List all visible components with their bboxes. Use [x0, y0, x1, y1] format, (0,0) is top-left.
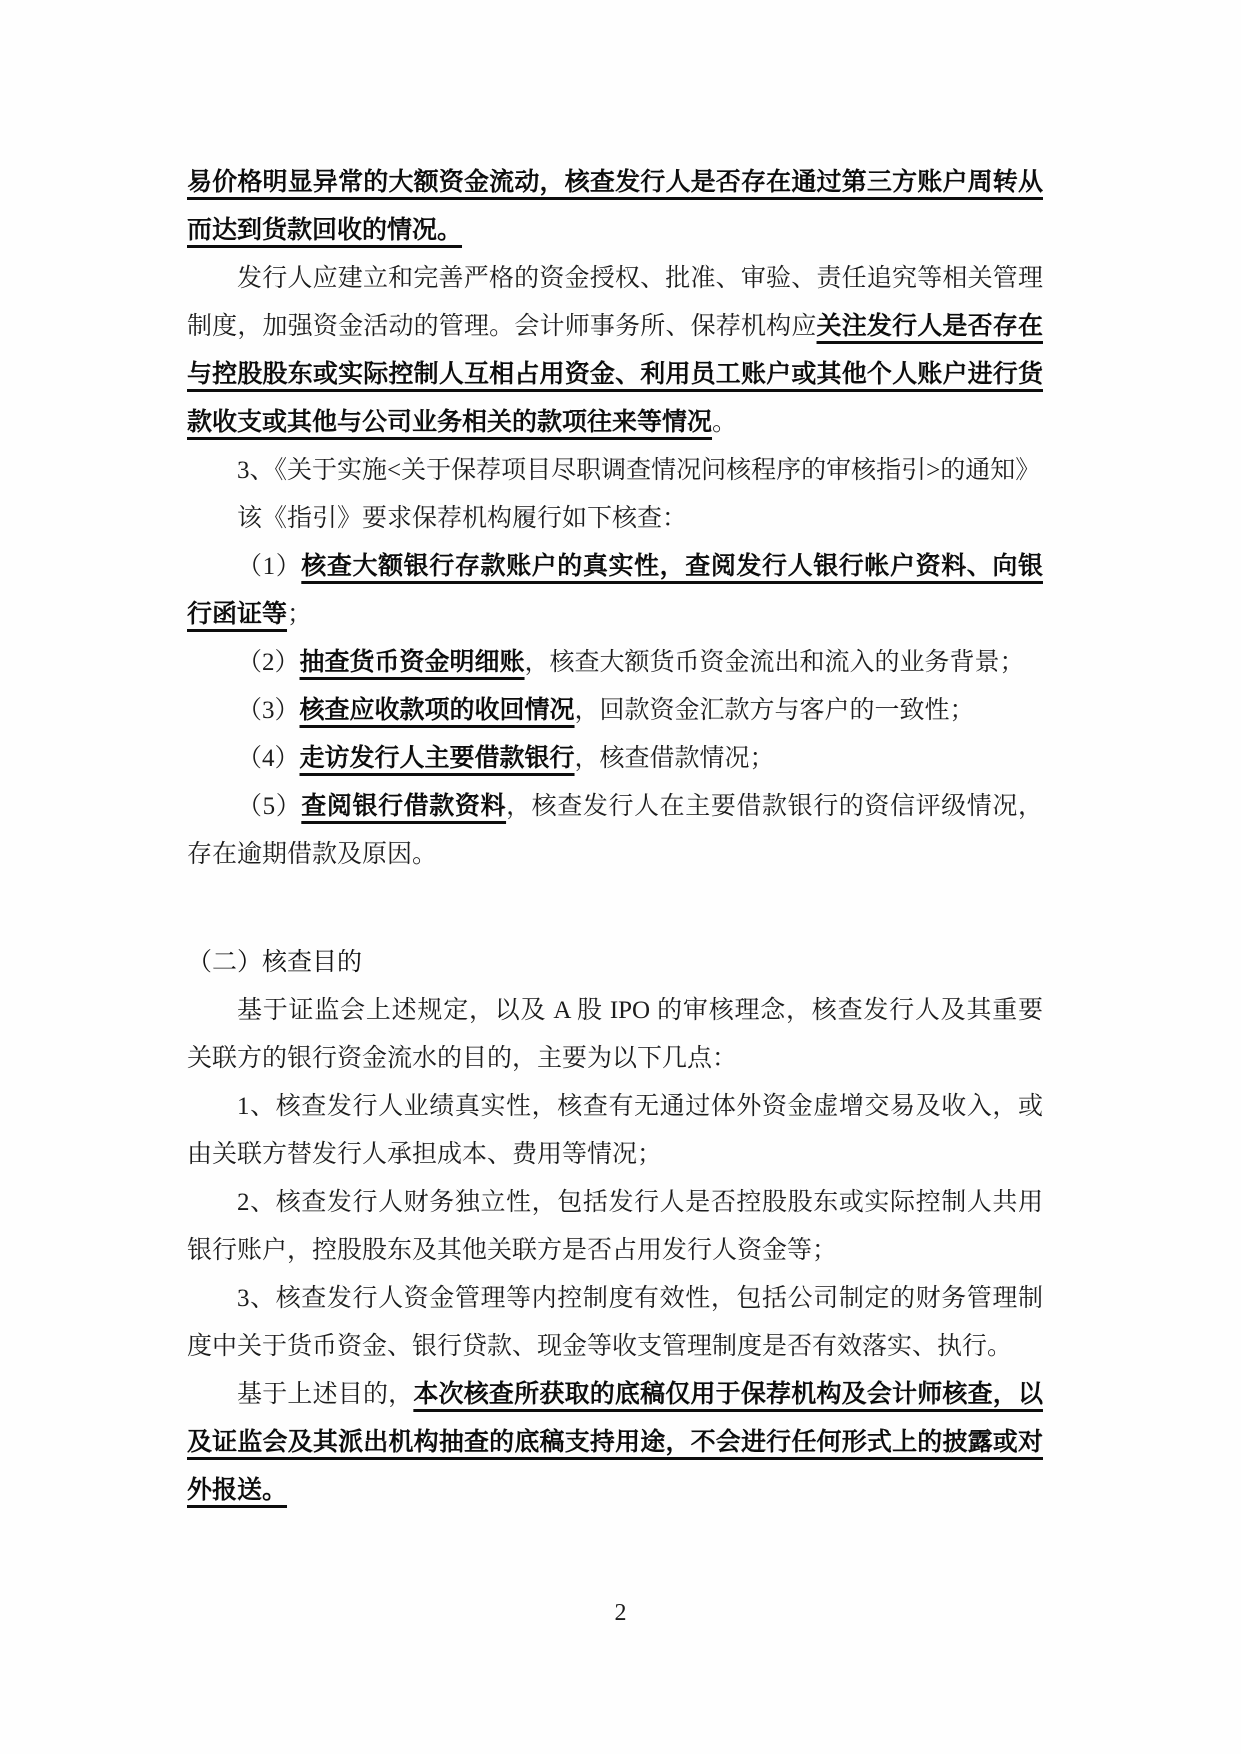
paragraph-purpose-2: 2、核查发行人财务独立性，包括发行人是否控股股东或实际控制人共用银行账户，控股股… [187, 1179, 1043, 1275]
text-run: （1） [237, 553, 301, 580]
document-page: 易价格明显异常的大额资金流动，核查发行人是否存在通过第三方账户周转从而达到货款回… [0, 0, 1241, 1754]
section-heading-verification-purpose: （二）核查目的 [187, 939, 1043, 987]
text-run: （5） [237, 793, 301, 820]
paragraph-item-3-notice: 3、《关于实施<关于保荐项目尽职调查情况问核程序的审核指引>的通知》 [187, 447, 1043, 495]
text-run: 3、核查发行人资金管理等内控制度有效性，包括公司制定的财务管理制度中关于货币资金… [187, 1285, 1043, 1360]
text-run: 基于证监会上述规定，以及 A 股 IPO 的审核理念，核查发行人及其重要关联方的… [187, 997, 1043, 1072]
paragraph-fund-management: 发行人应建立和完善严格的资金授权、批准、审验、责任追究等相关管理制度，加强资金活… [187, 255, 1043, 447]
emphasized-text-run: 抽查货币资金明细账 [300, 649, 525, 676]
text-run: 3、《关于实施<关于保荐项目尽职调查情况问核程序的审核指引>的通知》 [237, 457, 1040, 484]
emphasized-text-run: 走访发行人主要借款银行 [300, 745, 575, 772]
text-run: ； [287, 601, 312, 628]
text-run: （二）核查目的 [187, 949, 362, 976]
text-run: （4） [237, 745, 300, 772]
paragraph-check-item-5: （5）查阅银行借款资料，核查发行人在主要借款银行的资信评级情况，存在逾期借款及原… [187, 783, 1043, 879]
paragraph-confidentiality: 基于上述目的，本次核查所获取的底稿仅用于保荐机构及会计师核查，以及证监会及其派出… [187, 1371, 1043, 1515]
text-run: （3） [237, 697, 300, 724]
text-run: ，核查大额货币资金流出和流入的业务背景； [525, 649, 1025, 676]
emphasized-text-run: 易价格明显异常的大额资金流动，核查发行人是否存在通过第三方账户周转从而达到货款回… [187, 169, 1043, 244]
text-run: 。 [712, 409, 737, 436]
page-number: 2 [0, 1600, 1241, 1627]
paragraph-check-item-4: （4）走访发行人主要借款银行，核查借款情况； [187, 735, 1043, 783]
emphasized-text-run: 查阅银行借款资料 [301, 793, 506, 820]
text-run: （2） [237, 649, 300, 676]
text-run: 该《指引》要求保荐机构履行如下核查： [237, 505, 687, 532]
paragraph-check-item-1: （1）核查大额银行存款账户的真实性，查阅发行人银行帐户资料、向银行函证等； [187, 543, 1043, 639]
emphasized-text-run: 核查大额银行存款账户的真实性，查阅发行人银行帐户资料、向银行函证等 [187, 553, 1043, 628]
text-run: 2、核查发行人财务独立性，包括发行人是否控股股东或实际控制人共用银行账户，控股股… [187, 1189, 1043, 1264]
paragraph-purpose-3: 3、核查发行人资金管理等内控制度有效性，包括公司制定的财务管理制度中关于货币资金… [187, 1275, 1043, 1371]
text-run: ，核查借款情况； [575, 745, 775, 772]
paragraph-continued-from-previous-page: 易价格明显异常的大额资金流动，核查发行人是否存在通过第三方账户周转从而达到货款回… [187, 159, 1043, 255]
paragraph-guideline-requirement: 该《指引》要求保荐机构履行如下核查： [187, 495, 1043, 543]
paragraph-purpose-1: 1、核查发行人业绩真实性，核查有无通过体外资金虚增交易及收入，或由关联方替发行人… [187, 1083, 1043, 1179]
text-run: 基于上述目的， [237, 1381, 413, 1408]
emphasized-text-run: 核查应收款项的收回情况 [300, 697, 575, 724]
text-run: 1、核查发行人业绩真实性，核查有无通过体外资金虚增交易及收入，或由关联方替发行人… [187, 1093, 1043, 1168]
paragraph-purpose-intro: 基于证监会上述规定，以及 A 股 IPO 的审核理念，核查发行人及其重要关联方的… [187, 987, 1043, 1083]
paragraph-check-item-2: （2）抽查货币资金明细账，核查大额货币资金流出和流入的业务背景； [187, 639, 1043, 687]
document-body: 易价格明显异常的大额资金流动，核查发行人是否存在通过第三方账户周转从而达到货款回… [187, 159, 1043, 1515]
paragraph-check-item-3: （3）核查应收款项的收回情况，回款资金汇款方与客户的一致性； [187, 687, 1043, 735]
text-run: ，回款资金汇款方与客户的一致性； [575, 697, 975, 724]
